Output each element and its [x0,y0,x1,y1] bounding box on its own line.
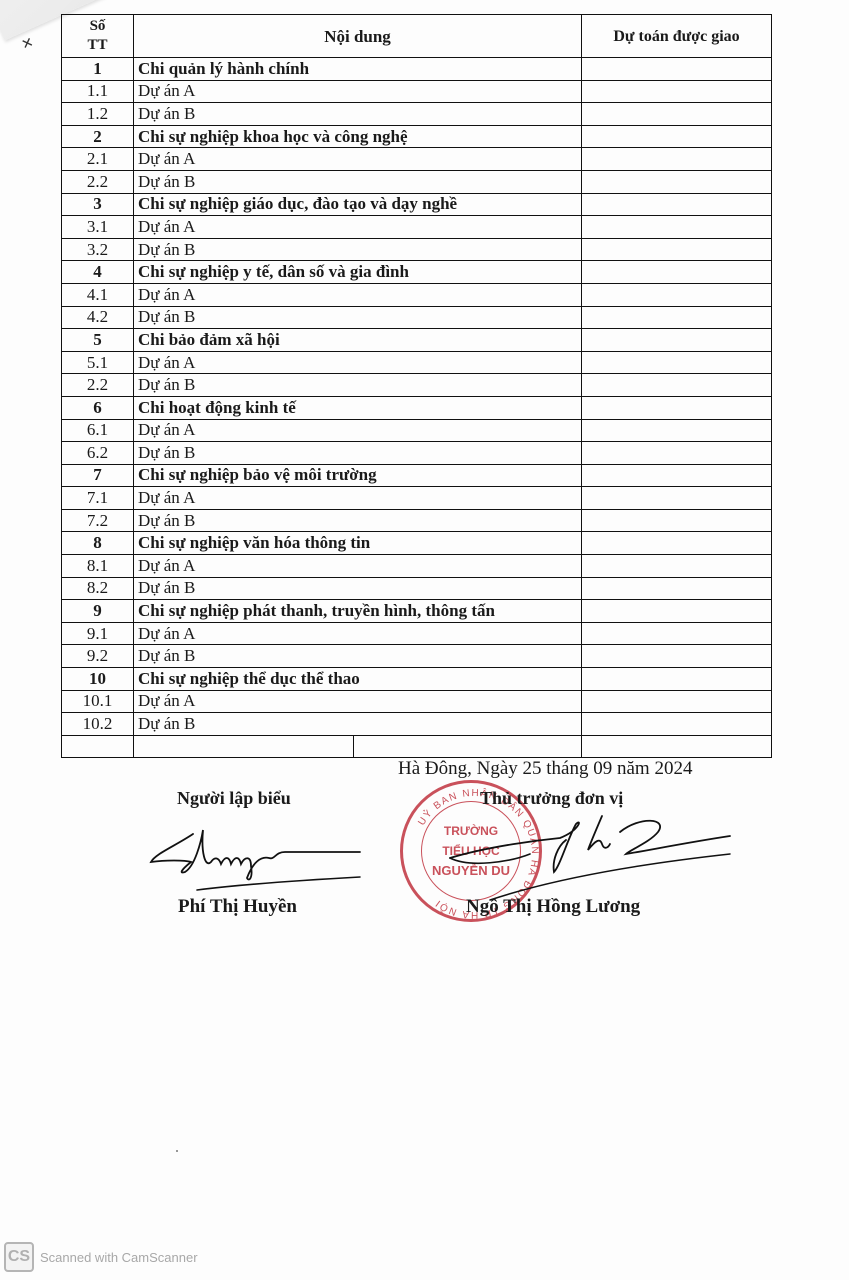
empty-cell [582,735,772,758]
table-row: 7.1Dự án A [62,487,772,510]
row-stt: 2.2 [62,374,134,397]
table-row: 2.2Dự án B [62,170,772,193]
row-stt: 6 [62,396,134,419]
row-content: Dự án B [134,577,582,600]
row-content: Dự án A [134,351,582,374]
row-content: Dự án A [134,487,582,510]
row-content: Dự án B [134,713,582,736]
row-budget [582,216,772,239]
row-stt: 8.1 [62,555,134,578]
row-stt: 10.1 [62,690,134,713]
camscanner-label: Scanned with CamScanner [40,1250,198,1265]
place-date-line: Hà Đông, Ngày 25 tháng 09 năm 2024 [398,758,692,780]
row-stt: 9 [62,600,134,623]
row-budget [582,80,772,103]
row-stt: 7 [62,464,134,487]
camscanner-watermark: CS Scanned with CamScanner [4,1242,198,1272]
row-stt: 1.1 [62,80,134,103]
row-stt: 3.1 [62,216,134,239]
row-content: Chi bảo đảm xã hội [134,329,582,352]
table-row-section: 5Chi bảo đảm xã hội [62,329,772,352]
row-content: Dự án A [134,80,582,103]
preparer-name: Phí Thị Huyền [178,896,297,918]
table-row-section: 7Chi sự nghiệp bảo vệ môi trường [62,464,772,487]
table-row: 3.1Dự án A [62,216,772,239]
table-row: 10.1Dự án A [62,690,772,713]
row-content: Dự án B [134,306,582,329]
row-stt: 4.2 [62,306,134,329]
row-stt: 10 [62,668,134,691]
row-budget [582,125,772,148]
table-row-section: 8Chi sự nghiệp văn hóa thông tin [62,532,772,555]
table-row: 4.2Dự án B [62,306,772,329]
camscanner-logo-icon: CS [4,1242,34,1272]
header-stt: Số TT [62,15,134,58]
table-row-section: 10Chi sự nghiệp thể dục thể thao [62,668,772,691]
preparer-signature [145,822,365,897]
preparer-title: Người lập biểu [177,788,291,809]
row-content: Chi sự nghiệp phát thanh, truyền hình, t… [134,600,582,623]
row-stt: 1.2 [62,103,134,126]
row-stt: 6.1 [62,419,134,442]
table-row: 3.2Dự án B [62,238,772,261]
row-content: Chi sự nghiệp thể dục thể thao [134,668,582,691]
table-row: 9.1Dự án A [62,622,772,645]
row-budget [582,690,772,713]
table-row: 7.2Dự án B [62,509,772,532]
row-budget [582,170,772,193]
header-stt-line1: Số [66,17,129,36]
row-content: Dự án B [134,170,582,193]
row-content: Dự án A [134,622,582,645]
table-row-section: 1Chi quản lý hành chính [62,58,772,81]
header-content: Nội dung [134,15,582,58]
head-title: Thủ trưởng đơn vị [480,788,623,809]
table-row-section: 3Chi sự nghiệp giáo dục, đào tạo và dạy … [62,193,772,216]
table-row: 9.2Dự án B [62,645,772,668]
row-content: Chi quản lý hành chính [134,58,582,81]
row-stt: 7.2 [62,509,134,532]
row-budget [582,509,772,532]
row-budget [582,532,772,555]
row-budget [582,396,772,419]
table-row: 6.2Dự án B [62,442,772,465]
row-content: Chi sự nghiệp giáo dục, đào tạo và dạy n… [134,193,582,216]
row-stt: 2 [62,125,134,148]
table-row: 10.2Dự án B [62,713,772,736]
row-content: Chi hoạt động kinh tế [134,396,582,419]
row-budget [582,600,772,623]
table-row: 2.1Dự án A [62,148,772,171]
row-budget [582,374,772,397]
row-content: Dự án A [134,283,582,306]
row-budget [582,464,772,487]
row-stt: 2.1 [62,148,134,171]
table-row-section: 4Chi sự nghiệp y tế, dân số và gia đình [62,261,772,284]
table-row-section: 6Chi hoạt động kinh tế [62,396,772,419]
row-stt: 1 [62,58,134,81]
table-row: 6.1Dự án A [62,419,772,442]
row-budget [582,577,772,600]
row-budget [582,622,772,645]
row-content: Dự án A [134,419,582,442]
row-content: Dự án A [134,555,582,578]
row-stt: 10.2 [62,713,134,736]
row-budget [582,351,772,374]
row-stt: 5.1 [62,351,134,374]
row-stt: 2.2 [62,170,134,193]
pen-mark: ✕ [19,35,36,55]
table-row: 4.1Dự án A [62,283,772,306]
head-signature [430,810,750,910]
row-content: Dự án B [134,509,582,532]
row-content: Dự án B [134,238,582,261]
row-budget [582,713,772,736]
row-budget [582,58,772,81]
row-content: Dự án A [134,148,582,171]
row-stt: 8.2 [62,577,134,600]
row-content: Dự án A [134,216,582,239]
row-budget [582,238,772,261]
row-content: Chi sự nghiệp bảo vệ môi trường [134,464,582,487]
table-row: 8.1Dự án A [62,555,772,578]
row-stt: 5 [62,329,134,352]
table-row: 1.2Dự án B [62,103,772,126]
row-stt: 6.2 [62,442,134,465]
table-row-section: 9Chi sự nghiệp phát thanh, truyền hình, … [62,600,772,623]
table-row: 2.2Dự án B [62,374,772,397]
row-stt: 3.2 [62,238,134,261]
header-stt-line2: TT [66,36,129,55]
row-content: Dự án B [134,103,582,126]
table-row-empty [62,735,772,758]
row-content: Dự án B [134,645,582,668]
row-content: Chi sự nghiệp khoa học và công nghệ [134,125,582,148]
row-stt: 7.1 [62,487,134,510]
row-content: Chi sự nghiệp văn hóa thông tin [134,532,582,555]
empty-cell [354,735,582,758]
row-content: Dự án B [134,442,582,465]
row-budget [582,555,772,578]
row-budget [582,148,772,171]
row-budget [582,193,772,216]
row-budget [582,645,772,668]
header-budget: Dự toán được giao [582,15,772,58]
table-row-section: 2Chi sự nghiệp khoa học và công nghệ [62,125,772,148]
table-row: 8.2Dự án B [62,577,772,600]
row-content: Chi sự nghiệp y tế, dân số và gia đình [134,261,582,284]
row-budget [582,487,772,510]
head-name: Ngô Thị Hồng Lương [466,896,640,918]
budget-table: Số TT Nội dung Dự toán được giao 1Chi qu… [61,14,772,758]
row-budget [582,329,772,352]
row-stt: 8 [62,532,134,555]
empty-cell [134,735,354,758]
row-content: Dự án A [134,690,582,713]
row-budget [582,668,772,691]
row-budget [582,419,772,442]
row-budget [582,261,772,284]
row-content: Dự án B [134,374,582,397]
row-budget [582,306,772,329]
row-budget [582,283,772,306]
empty-cell [62,735,134,758]
row-stt: 4.1 [62,283,134,306]
row-budget [582,103,772,126]
row-stt: 9.2 [62,645,134,668]
table-header-row: Số TT Nội dung Dự toán được giao [62,15,772,58]
row-budget [582,442,772,465]
scan-speck [176,1150,178,1152]
row-stt: 3 [62,193,134,216]
table-row: 1.1Dự án A [62,80,772,103]
row-stt: 4 [62,261,134,284]
row-stt: 9.1 [62,622,134,645]
table-row: 5.1Dự án A [62,351,772,374]
